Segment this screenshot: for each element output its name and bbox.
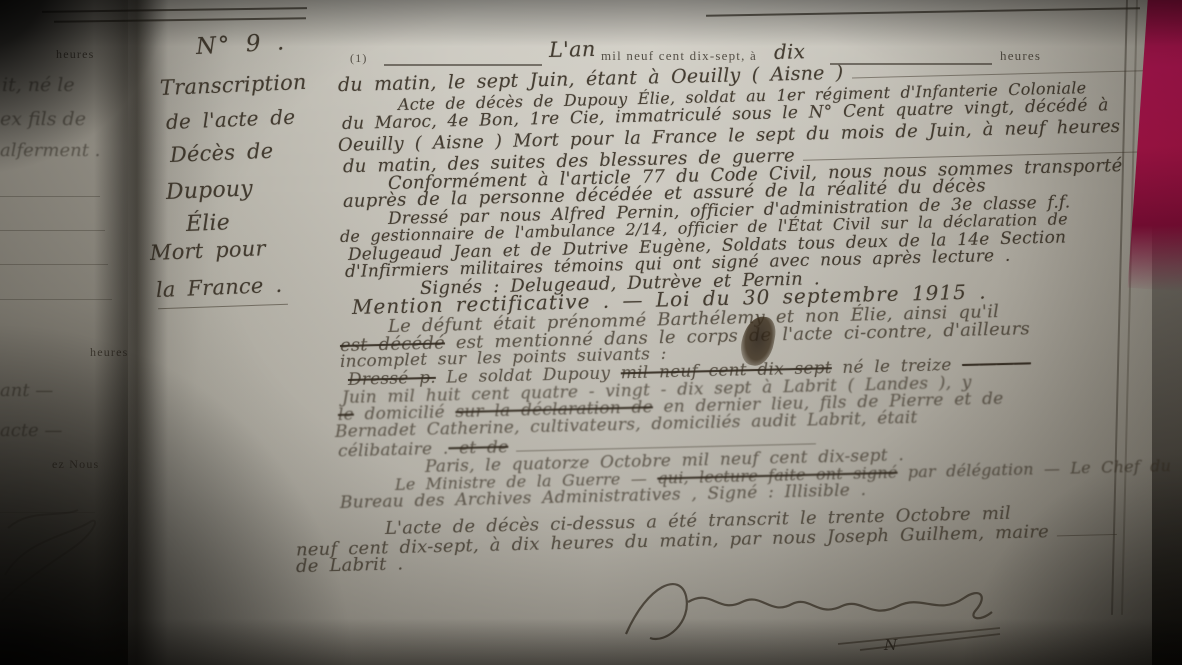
ruled-line — [0, 230, 105, 231]
struck-text: ———— — [962, 353, 1031, 375]
margin-note: Élie — [186, 212, 231, 236]
book-gutter-shadow — [94, 0, 168, 665]
ruled-line — [0, 196, 100, 197]
margin-note: Décès de — [170, 141, 274, 166]
left-fragment: alferment . — [0, 142, 100, 160]
left-printed-nous: ez Nous — [52, 458, 99, 470]
margin-note: Dupouy — [166, 178, 254, 204]
register-photo: heures it, né le ex fils de alferment . … — [0, 0, 1182, 665]
margin-note: la France . — [156, 275, 283, 301]
footnote-ref-mark: (1) — [350, 52, 368, 64]
handwritten-hour: dix — [774, 41, 806, 62]
left-printed-heures-top: heures — [56, 48, 95, 60]
record-number: N° 9 . — [195, 31, 286, 59]
record-line: de Labrit . — [296, 555, 404, 576]
margin-note: de l'acte de — [166, 107, 296, 132]
mayor-signature — [608, 562, 1038, 662]
filler-rule — [1057, 519, 1117, 537]
left-fragment: ant — — [0, 382, 53, 400]
left-fragment: ex fils de — [0, 110, 86, 129]
record-text: de Labrit . — [296, 553, 404, 577]
filler-rule — [384, 64, 542, 66]
printed-lan-word: L'an — [549, 39, 596, 61]
left-fragment: acte — — [0, 422, 62, 440]
printed-year-text: mil neuf cent dix-sept, à — [601, 49, 757, 62]
ruled-line — [0, 264, 108, 265]
left-fragment: it, né le — [2, 76, 75, 95]
